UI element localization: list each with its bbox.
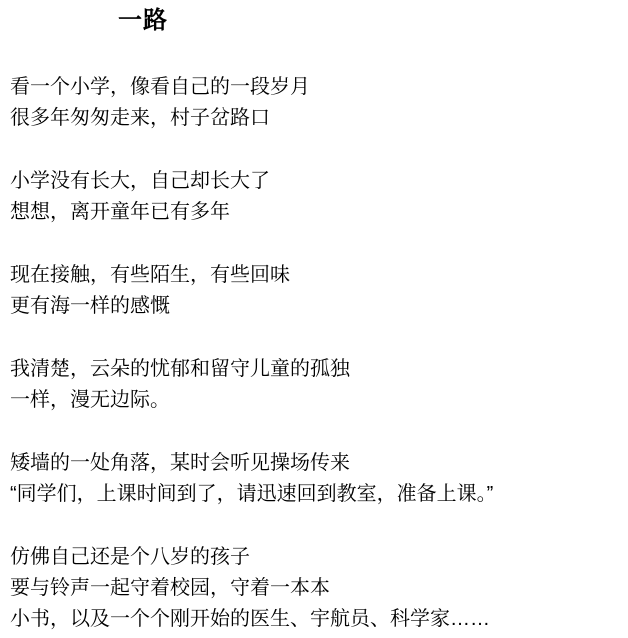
- poem-line: 更有海一样的感慨: [10, 291, 628, 322]
- poem-title: 一路: [118, 8, 628, 34]
- poem-line: 很多年匆匆走来，村子岔路口: [10, 103, 628, 134]
- poem-body: 看一个小学，像看自己的一段岁月 很多年匆匆走来，村子岔路口 小学没有长大，自己却…: [10, 72, 628, 635]
- stanza-5: 矮墙的一处角落，某时会听见操场传来 “同学们，上课时间到了，请迅速回到教室，准备…: [10, 448, 628, 510]
- stanza-1: 看一个小学，像看自己的一段岁月 很多年匆匆走来，村子岔路口: [10, 72, 628, 134]
- poem-line: 小学没有长大，自己却长大了: [10, 166, 628, 197]
- poem-line: 我清楚，云朵的忧郁和留守儿童的孤独: [10, 354, 628, 385]
- stanza-4: 我清楚，云朵的忧郁和留守儿童的孤独 一样，漫无边际。: [10, 354, 628, 416]
- poem-line: 现在接触，有些陌生，有些回味: [10, 260, 628, 291]
- stanza-6: 仿佛自己还是个八岁的孩子 要与铃声一起守着校园，守着一本本 小书，以及一个个刚开…: [10, 542, 628, 635]
- document-page: 一路 看一个小学，像看自己的一段岁月 很多年匆匆走来，村子岔路口 小学没有长大，…: [0, 0, 628, 638]
- stanza-2: 小学没有长大，自己却长大了 想想，离开童年已有多年: [10, 166, 628, 228]
- poem-line: 想想，离开童年已有多年: [10, 197, 628, 228]
- poem-line: 小书，以及一个个刚开始的医生、宇航员、科学家……: [10, 604, 628, 635]
- stanza-3: 现在接触，有些陌生，有些回味 更有海一样的感慨: [10, 260, 628, 322]
- poem-line: 看一个小学，像看自己的一段岁月: [10, 72, 628, 103]
- poem-line: 矮墙的一处角落，某时会听见操场传来: [10, 448, 628, 479]
- poem-line: “同学们，上课时间到了，请迅速回到教室，准备上课。”: [10, 479, 628, 510]
- poem-line: 要与铃声一起守着校园，守着一本本: [10, 573, 628, 604]
- poem-line: 一样，漫无边际。: [10, 385, 628, 416]
- poem-line: 仿佛自己还是个八岁的孩子: [10, 542, 628, 573]
